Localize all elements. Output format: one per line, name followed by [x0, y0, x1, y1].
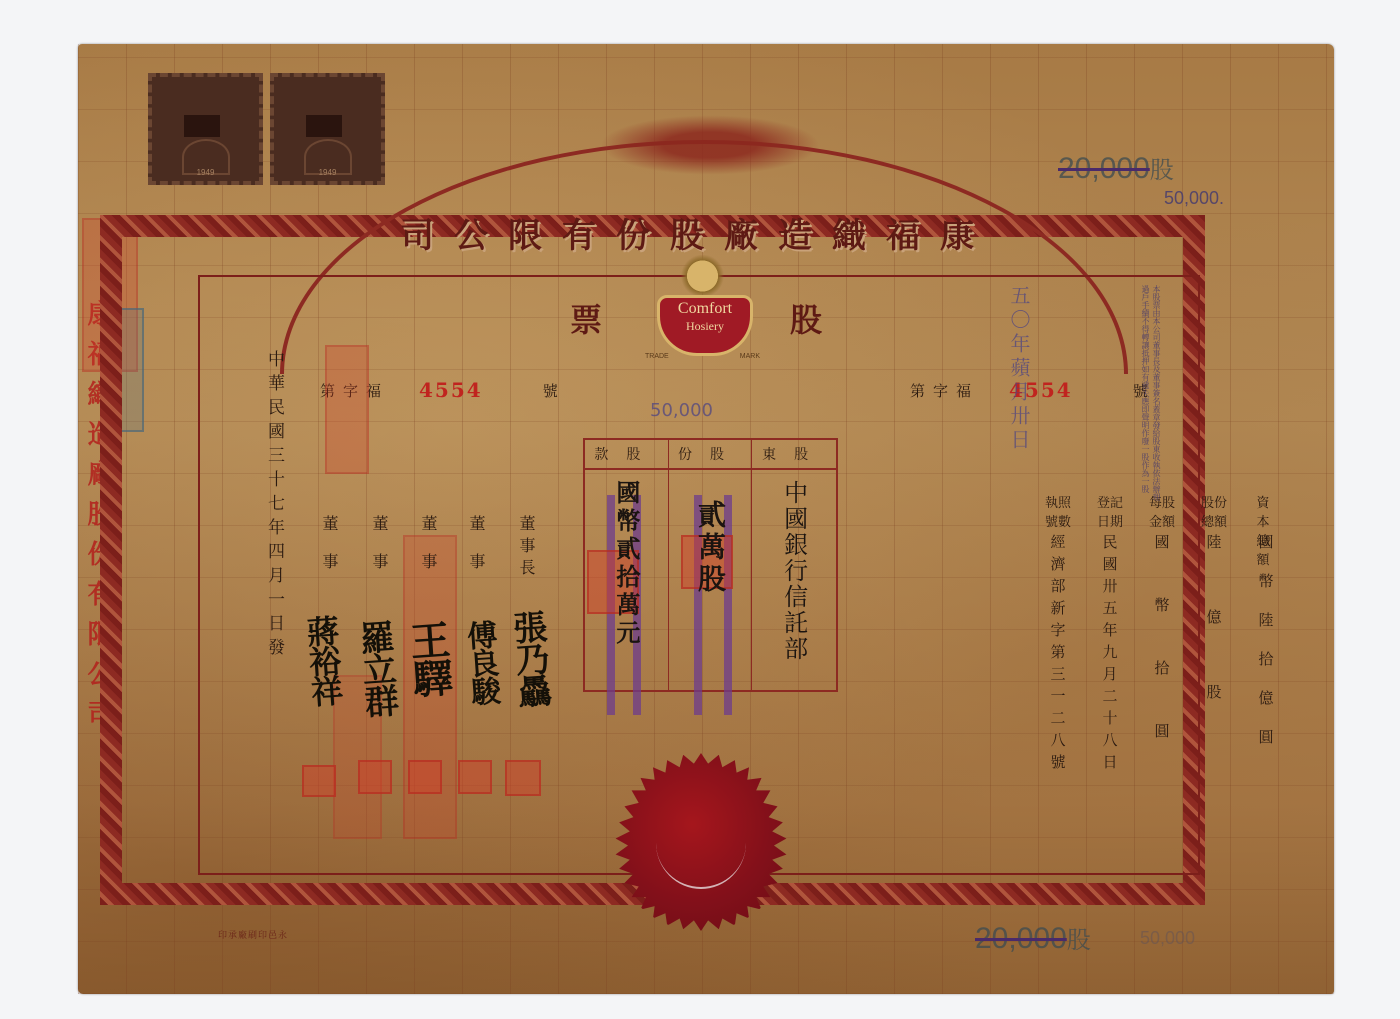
share-table: 股款 股份 股東 國幣貳拾萬元 貳萬股 中國銀行信託部	[583, 438, 838, 692]
doc-type-right: 股	[790, 295, 822, 341]
comfort-hosiery-logo: Comfort Hosiery TRADEMARK	[645, 255, 760, 365]
header-holder: 股東	[752, 440, 836, 470]
cell-amount: 國幣貳拾萬元	[585, 470, 669, 690]
terms-text: 本股票由本公司董事長及董事簽名蓋章發給股東收執依法辦理過戶手續不得轉讓抵押如有遺…	[1092, 285, 1162, 505]
amount-handstamp: 50,000	[650, 400, 713, 421]
signature-director-5: 蔣裕祥	[297, 614, 349, 707]
flag-icon	[306, 115, 342, 137]
header-shares: 股份	[669, 440, 753, 470]
signature-director-2: 傅良駿	[455, 619, 505, 706]
signature-chairman: 張乃驫	[502, 608, 558, 707]
doc-type-left: 票	[570, 295, 602, 341]
printer-imprint: 印承廠刷印邑永	[218, 928, 288, 941]
share-count-bottom-revised: 50,000	[1140, 928, 1195, 949]
share-count-bottom: 20,000股	[975, 920, 1091, 956]
header-amount: 股款	[585, 440, 669, 470]
capital-info: 資本總額國幣陸拾億圓 股份總額陸億股 每股金額國幣拾圓 登記日期民國卅五年九月二…	[1040, 492, 1284, 786]
signature-director-4: 羅立群	[349, 618, 405, 717]
flag-icon	[184, 115, 220, 137]
company-title-text: 康福織造廠股份有限公司	[400, 208, 994, 257]
serial-number-left: 4554	[419, 378, 483, 402]
crown-icon	[680, 255, 725, 297]
crest-ornament	[600, 115, 820, 175]
share-count-top-revised: 50,000.	[1164, 188, 1224, 209]
company-title: 康福織造廠股份有限公司	[400, 168, 1000, 268]
cell-holder: 中國銀行信託部	[752, 470, 836, 690]
share-count-top: 20,000股	[1058, 150, 1174, 186]
issue-date: 中華民國三十七年四月一日發	[262, 350, 287, 662]
revenue-stamps: 1949 1949	[148, 73, 393, 185]
signature-director-3: 王驛	[397, 618, 459, 698]
date-handstamp: 五〇年蘋月卅日	[1005, 285, 1034, 453]
cell-shares: 貳萬股	[669, 470, 753, 690]
revenue-stamp-1: 1949	[148, 73, 263, 185]
revenue-stamp-2: 1949	[270, 73, 385, 185]
red-seal-stamp	[325, 345, 369, 474]
